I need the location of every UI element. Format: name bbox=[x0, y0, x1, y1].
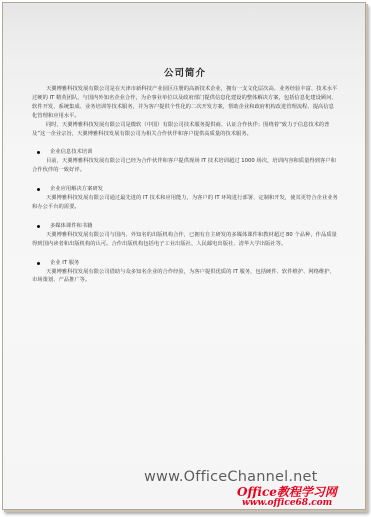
section-heading-text: 企业 IT 服务 bbox=[50, 259, 79, 268]
section-heading-text: 企业信息技术培训 bbox=[50, 148, 92, 157]
section-solutions: 企业应用解决方案研发 天翼博雅科技发展有限公司通过最先进的 IT 技术和应用能力… bbox=[32, 185, 338, 212]
section-heading-text: 多媒体课件和书籍 bbox=[50, 222, 92, 231]
section-body: 天翼博雅科技发展有限公司借助与众多知名企业的合作经验，为客户提供优质的 IT 服… bbox=[32, 268, 338, 286]
bullet-icon bbox=[37, 225, 40, 228]
section-heading: 企业信息技术培训 bbox=[32, 148, 338, 157]
page-title: 公司简介 bbox=[32, 65, 338, 79]
section-body: 目前，天翼博雅科技发展有限公司已经为合作伙伴和客户提供现场 IT 技术培训超过 … bbox=[32, 157, 338, 175]
section-heading: 多媒体课件和书籍 bbox=[32, 222, 338, 231]
bullet-icon bbox=[37, 188, 40, 191]
section-multimedia: 多媒体课件和书籍 天翼博雅科技发展有限公司与国内、外知名的出版机构合作，已拥有自… bbox=[32, 222, 338, 249]
section-training: 企业信息技术培训 目前，天翼博雅科技发展有限公司已经为合作伙伴和客户提供现场 I… bbox=[32, 148, 338, 175]
bullet-icon bbox=[37, 262, 40, 265]
section-body: 天翼博雅科技发展有限公司与国内、外知名的出版机构合作，已拥有自主研发的多媒体课件… bbox=[32, 231, 338, 249]
document-content: 公司简介 天翼博雅科技发展有限公司是在天津市新科技产业园区注册的高新技术企业，拥… bbox=[32, 65, 338, 285]
intro-paragraph: 天翼博雅科技发展有限公司是在天津市新科技产业园区注册的高新技术企业，拥有一支文化… bbox=[32, 85, 338, 121]
section-heading-text: 企业应用解决方案研发 bbox=[50, 185, 103, 194]
bullet-icon bbox=[37, 151, 40, 154]
document-page: 公司简介 天翼博雅科技发展有限公司是在天津市新科技产业园区注册的高新技术企业，拥… bbox=[2, 2, 366, 510]
section-body: 天翼博雅科技发展有限公司通过最先进的 IT 技术和应用能力，为客户的 IT 环境… bbox=[32, 194, 338, 212]
intro-paragraph: 同时，天翼博雅科技发展有限公司是微软（中国）有限公司技术服务提供商、认证合作伙伴… bbox=[32, 121, 338, 139]
section-it-services: 企业 IT 服务 天翼博雅科技发展有限公司借助与众多知名企业的合作经验，为客户提… bbox=[32, 259, 338, 286]
section-heading: 企业应用解决方案研发 bbox=[32, 185, 338, 194]
section-heading: 企业 IT 服务 bbox=[32, 259, 338, 268]
watermark-url: www.office68.com bbox=[242, 498, 332, 508]
